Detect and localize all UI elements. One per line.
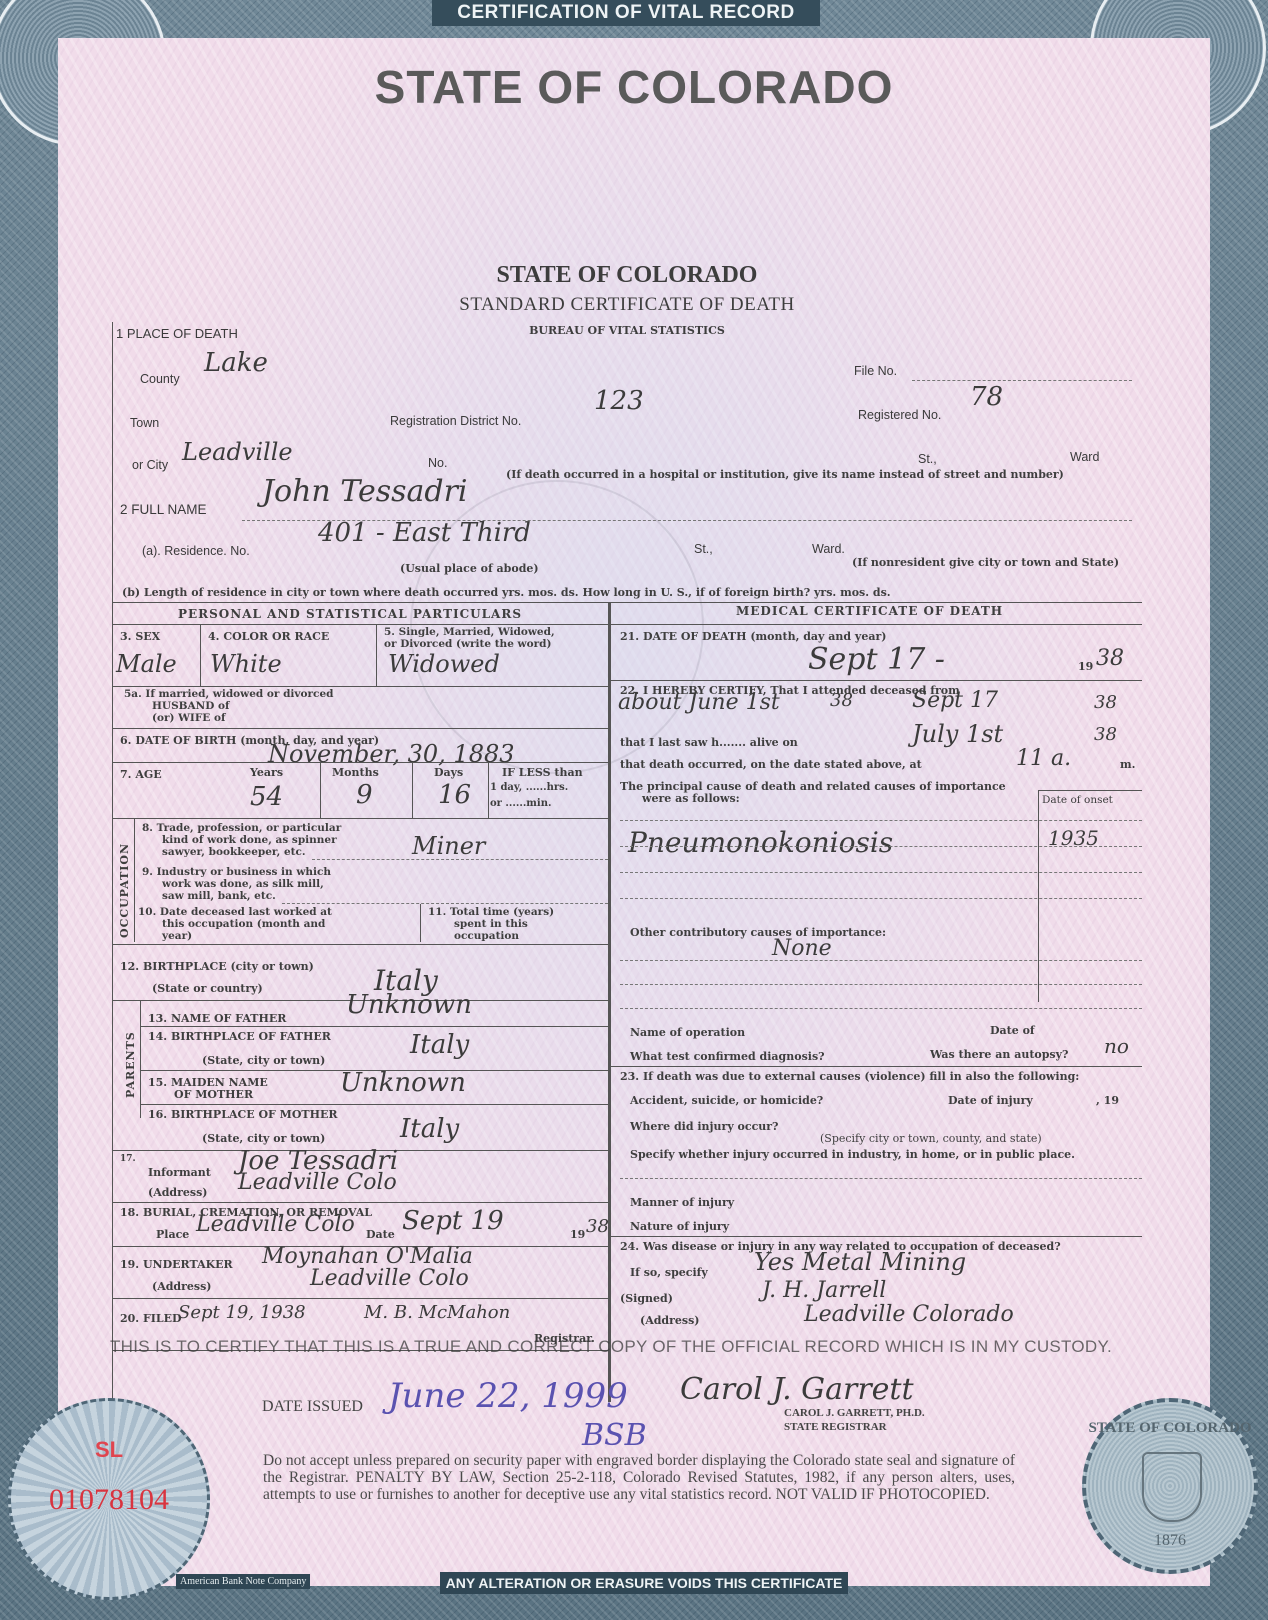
file-no-label: File No. (854, 364, 897, 378)
residence-label: (a). Residence. No. (142, 544, 250, 558)
attended-from-year: 38 (830, 690, 853, 711)
manner-label: Manner of injury (630, 1196, 734, 1209)
total-time-label-1: 11. Total time (years) (428, 906, 554, 918)
medical-section-header: MEDICAL CERTIFICATE OF DEATH (736, 604, 1003, 618)
injury-where-note: (Specify city or town, county, and state… (820, 1132, 1042, 1145)
other-causes-label: Other contributory causes of importance: (630, 926, 886, 939)
divider (200, 624, 201, 686)
if-so-label: If so, specify (630, 1266, 708, 1279)
file-no-line (912, 380, 1132, 381)
bottom-banner: ANY ALTERATION OR ERASURE VOIDS THIS CER… (440, 1572, 848, 1594)
last-saw-label: that I last saw h....... alive on (620, 736, 798, 749)
parents-section-label: PARENTS (124, 1031, 137, 1098)
last-saw-value: July 1st (912, 720, 1003, 748)
burial-date-label: Date (366, 1228, 395, 1241)
divider (608, 1236, 1142, 1237)
nature-label: Nature of injury (630, 1220, 729, 1233)
cause-value: Pneumonokoniosis (628, 826, 893, 859)
divider (488, 762, 489, 818)
attended-to-year: 38 (1094, 692, 1117, 713)
injury-year-prefix: , 19 (1096, 1094, 1119, 1107)
informant-number: 17. (120, 1154, 136, 1164)
burial-date-value: Sept 19 (402, 1206, 504, 1236)
divider (412, 762, 413, 818)
place-of-death-label: 1 PLACE OF DEATH (116, 326, 238, 341)
age-months-value: 9 (356, 780, 373, 810)
father-birthplace-sub: (State, city or town) (202, 1054, 325, 1067)
filed-value: Sept 19, 1938 (178, 1302, 306, 1323)
city-value: Leadville (182, 438, 293, 466)
age-years-value: 54 (250, 782, 283, 812)
injury-date-label: Date of injury (948, 1094, 1033, 1107)
date-of-onset-label: Date of onset (1042, 794, 1113, 806)
last-worked-label-2: this occupation (month and (162, 918, 325, 930)
father-birthplace-label: 14. BIRTHPLACE OF FATHER (148, 1030, 331, 1043)
registrar-name: CAROL J. GARRETT, PH.D. (784, 1406, 925, 1420)
burial-year-prefix: 19 (570, 1228, 585, 1241)
age-days-label: Days (434, 766, 463, 779)
no-label: No. (428, 456, 447, 470)
divider (320, 762, 321, 818)
undertaker-address-value: Leadville Colo (310, 1266, 469, 1291)
divider (140, 1026, 608, 1027)
attended-from-value: about June 1st (618, 690, 780, 715)
date-of-death-year-prefix: 19 (1078, 660, 1093, 673)
seal-text: STATE OF COLORADO (1086, 1420, 1254, 1437)
other-causes-value: None (772, 936, 832, 961)
industry-line (282, 903, 608, 904)
column-divider (608, 602, 611, 1402)
full-name-value: John Tessadri (262, 474, 468, 509)
cause-line (620, 898, 1142, 899)
sex-value: Male (116, 650, 177, 678)
city-label: or City (132, 458, 168, 472)
trade-line (312, 859, 608, 860)
informant-address-label: (Address) (148, 1186, 208, 1199)
residence-st-label: St., (694, 542, 713, 556)
last-saw-year: 38 (1094, 724, 1117, 745)
total-time-label-2: spent in this (454, 918, 528, 930)
trade-label-3: sawyer, bookkeeper, etc. (162, 846, 306, 858)
death-time-suffix: m. (1120, 758, 1135, 771)
length-of-residence-label: (b) Length of residence in city or town … (122, 586, 891, 599)
registered-no-value: 78 (970, 382, 1003, 412)
if-so-value: Yes Metal Mining (754, 1248, 966, 1276)
birthplace-state-label: (State or country) (152, 982, 263, 995)
registrar-block: CAROL J. GARRETT, PH.D. STATE REGISTRAR (784, 1406, 925, 1434)
divider (112, 818, 608, 819)
date-of-death-year: 38 (1096, 646, 1124, 671)
industry-label-3: saw mill, bank, etc. (162, 890, 276, 902)
filed-label: 20. FILED (120, 1312, 182, 1325)
date-issued-label: DATE ISSUED (262, 1398, 363, 1416)
address-label: (Address) (640, 1314, 700, 1327)
marital-label-1: 5. Single, Married, Widowed, (384, 626, 555, 638)
sex-label: 3. SEX (120, 630, 160, 643)
town-label: Town (130, 416, 159, 430)
injury-where-label: Where did injury occur? (630, 1120, 779, 1133)
divider (112, 624, 1142, 625)
mother-birthplace-label: 16. BIRTHPLACE OF MOTHER (148, 1108, 338, 1121)
registration-district-label: Registration District No. (390, 414, 521, 428)
ward-label: Ward (1070, 450, 1099, 464)
mother-birthplace-value: Italy (400, 1114, 459, 1144)
personal-section-header: PERSONAL AND STATISTICAL PARTICULARS (178, 607, 522, 621)
abode-note: (Usual place of abode) (400, 562, 539, 575)
informant-label: Informant (148, 1166, 211, 1179)
form-bureau: BUREAU OF VITAL STATISTICS (112, 324, 1142, 337)
burial-year-value: 38 (586, 1216, 609, 1237)
industry-label-1: 9. Industry or business in which (142, 866, 331, 878)
marital-value: Widowed (388, 650, 500, 678)
trade-label-2: kind of work done, as spinner (162, 834, 337, 846)
age-days-value: 16 (438, 780, 471, 810)
st-label: St., (918, 452, 937, 466)
filed-registrar-value: M. B. McMahon (364, 1302, 510, 1323)
printer-credit: American Bank Note Company (176, 1574, 310, 1589)
full-name-label: 2 FULL NAME (120, 502, 207, 517)
divider (134, 818, 135, 942)
race-value: White (210, 650, 282, 678)
residence-ward-label: Ward. (812, 542, 845, 556)
form-title: STATE OF COLORADO (112, 262, 1142, 289)
age-years-label: Years (250, 766, 283, 779)
spouse-label-3: (or) WIFE of (152, 712, 225, 724)
form-left-rule (112, 322, 113, 1402)
autopsy-value: no (1104, 1034, 1129, 1058)
accident-label: Accident, suicide, or homicide? (630, 1094, 823, 1107)
divider (112, 686, 608, 687)
age-months-label: Months (332, 766, 379, 779)
spouse-label-2: HUSBAND of (152, 700, 230, 712)
injury-line (620, 1178, 1142, 1179)
serial-prefix: SL (11, 1437, 207, 1463)
cause-label-2: were as follows: (642, 792, 740, 805)
operation-label: Name of operation (630, 1026, 745, 1039)
divider (112, 944, 608, 945)
marital-label-2: or Divorced (write the word) (384, 638, 551, 650)
birthplace-label: 12. BIRTHPLACE (city or town) (120, 960, 314, 973)
top-banner: CERTIFICATION OF VITAL RECORD (432, 0, 820, 26)
father-birthplace-value: Italy (410, 1030, 469, 1060)
serial-number: 01078104 (11, 1483, 207, 1517)
cause-line (620, 960, 1142, 961)
mother-name-label-2: OF MOTHER (174, 1088, 253, 1101)
informant-address-value: Leadville Colo (238, 1170, 397, 1195)
certification-overlay-text: THIS IS TO CERTIFY THAT THIS IS A TRUE A… (110, 1337, 1112, 1357)
age-label: 7. AGE (120, 768, 162, 781)
issuer-initials: BSB (582, 1418, 647, 1453)
if-less-label: IF LESS than (502, 766, 583, 779)
occupation-section-label: OCCUPATION (118, 843, 131, 938)
autopsy-label: Was there an autopsy? (930, 1048, 1068, 1061)
divider (420, 904, 421, 942)
divider (112, 602, 1142, 603)
undertaker-address-label: (Address) (152, 1280, 212, 1293)
diagnosis-label: What test confirmed diagnosis? (630, 1050, 825, 1063)
if-less-hrs: 1 day, ......hrs. (490, 782, 568, 793)
spouse-label-1: 5a. If married, widowed or divorced (124, 688, 333, 700)
last-worked-label-1: 10. Date deceased last worked at (138, 906, 332, 918)
mother-name-value: Unknown (340, 1068, 466, 1098)
header-title: STATE OF COLORADO (0, 60, 1268, 114)
divider (112, 1298, 608, 1299)
registration-district-value: 123 (594, 386, 644, 416)
county-label: County (140, 372, 180, 386)
death-time-value: 11 a. (1016, 746, 1071, 771)
divider (112, 728, 608, 729)
divider (608, 1066, 1142, 1067)
attended-to-value: Sept 17 (912, 688, 998, 713)
divider (112, 1202, 608, 1203)
injury-type-label: Specify whether injury occurred in indus… (630, 1148, 1075, 1161)
trade-value: Miner (412, 832, 485, 860)
divider (1038, 790, 1142, 791)
race-label: 4. COLOR OR RACE (208, 630, 329, 643)
divider (112, 762, 608, 763)
burial-place-value: Leadville Colo (196, 1212, 355, 1237)
divider (140, 1104, 608, 1105)
state-seal-icon: STATE OF COLORADO 1876 (1082, 1398, 1258, 1574)
date-issued-value: June 22, 1999 (388, 1376, 628, 1416)
date-of-death-value: Sept 17 - (808, 642, 945, 677)
dob-value: November, 30, 1883 (268, 740, 515, 768)
total-time-label-3: occupation (454, 930, 519, 942)
undertaker-label: 19. UNDERTAKER (120, 1258, 233, 1271)
onset-column-divider (1038, 790, 1039, 1002)
if-less-min: or ......min. (490, 798, 551, 809)
registered-no-label: Registered No. (858, 408, 941, 422)
external-causes-label: 23. If death was due to external causes … (620, 1070, 1079, 1083)
death-time-label: that death occurred, on the date stated … (620, 758, 922, 771)
cause-line (620, 846, 1142, 847)
death-certificate-form: STATE OF COLORADO STANDARD CERTIFICATE O… (112, 262, 1142, 1392)
seal-shield-icon (1142, 1452, 1202, 1522)
cause-line (620, 872, 1142, 873)
signed-value: J. H. Jarrell (762, 1278, 886, 1303)
legal-warning: Do not accept unless prepared on securit… (263, 1452, 1015, 1503)
divider (608, 680, 1142, 681)
divider (376, 624, 377, 686)
seal-year: 1876 (1086, 1532, 1254, 1550)
address-value: Leadville Colorado (804, 1302, 1014, 1327)
form-subtitle: STANDARD CERTIFICATE OF DEATH (112, 294, 1142, 316)
signed-label: (Signed) (620, 1292, 673, 1305)
cause-line (620, 984, 1142, 985)
county-value: Lake (204, 348, 268, 378)
serial-number-seal: SL 01078104 (8, 1398, 210, 1600)
hospital-note: (If death occurred in a hospital or inst… (506, 468, 1064, 481)
father-name-label: 13. NAME OF FATHER (148, 1012, 286, 1025)
industry-label-2: work was done, as silk mill, (162, 878, 324, 890)
father-name-value: Unknown (346, 990, 472, 1020)
operation-date-label: Date of (990, 1024, 1035, 1037)
registrar-signature: Carol J. Garrett (680, 1372, 914, 1407)
divider (140, 1000, 141, 1118)
trade-label-1: 8. Trade, profession, or particular (142, 822, 341, 834)
cause-line (620, 1008, 1142, 1009)
last-worked-label-3: year) (162, 930, 192, 942)
mother-birthplace-sub: (State, city or town) (202, 1132, 325, 1145)
registrar-title: STATE REGISTRAR (784, 1420, 925, 1434)
burial-place-label: Place (156, 1228, 189, 1241)
residence-value: 401 - East Third (318, 518, 531, 548)
cause-line (620, 820, 1142, 821)
nonresident-note: (If nonresident give city or town and St… (852, 556, 1119, 569)
